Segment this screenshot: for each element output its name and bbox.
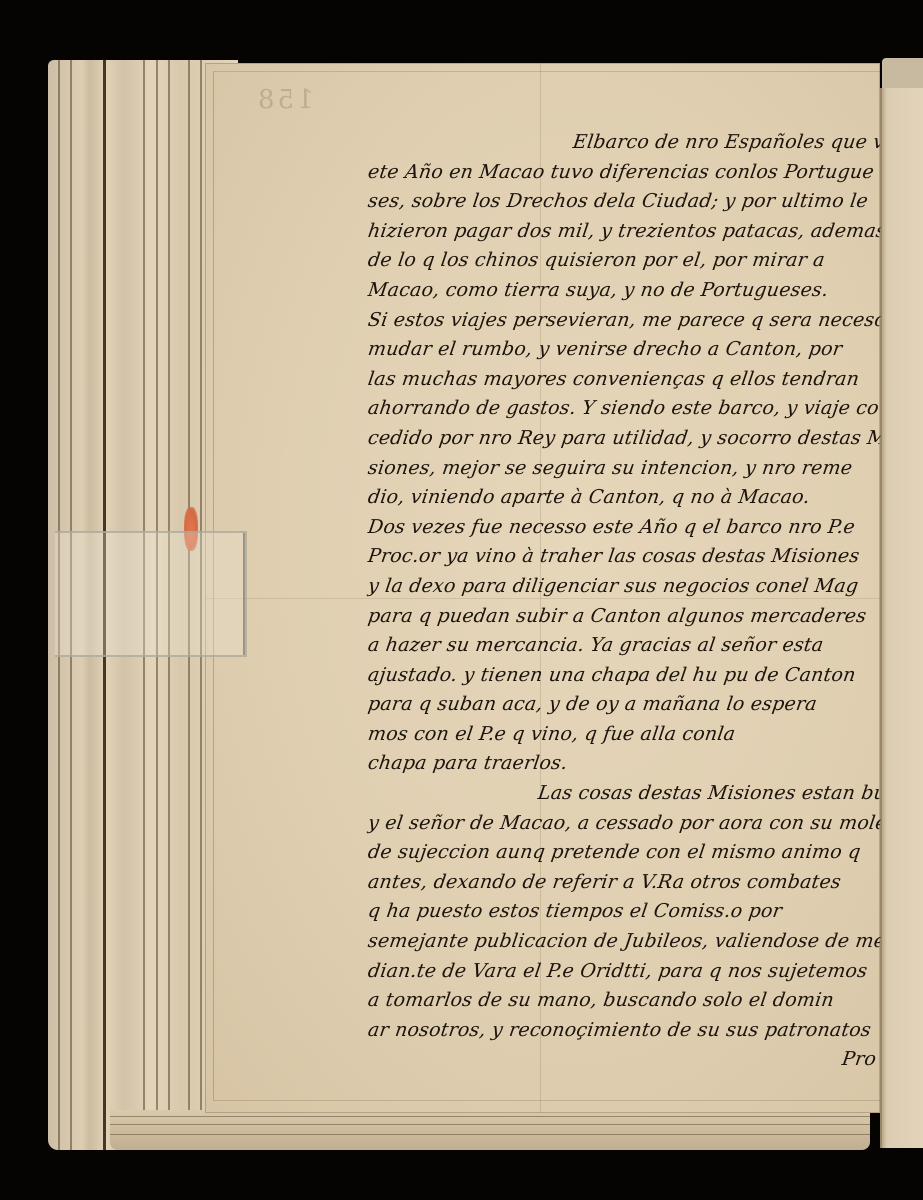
text-line: ses, sobre los Drechos dela Ciudad; y po…	[366, 187, 882, 217]
folio-number: 158	[255, 85, 314, 115]
leaf-edge	[110, 1124, 870, 1125]
facing-page	[880, 88, 923, 1148]
text-line: a tomarlos de su mano, buscando solo el …	[366, 986, 882, 1016]
text-line: ajustado. y tienen una chapa del hu pu d…	[366, 661, 882, 691]
text-line: q ha puesto estos tiempos el Comiss.o po…	[366, 897, 882, 927]
text-line: Las cosas destas Misiones estan buenas	[366, 779, 882, 809]
leaf-edge	[110, 1134, 870, 1135]
text-line: Macao, como tierra suya, y no de Portugu…	[366, 276, 882, 306]
text-line: dian.te de Vara el P.e Oridtti, para q n…	[366, 957, 882, 987]
text-line: siones, mejor se seguira su intencion, y…	[366, 454, 882, 484]
text-line: y el señor de Macao, a cessado por aora …	[366, 809, 882, 839]
text-line: antes, dexando de referir a V.Ra otros c…	[366, 868, 882, 898]
leaf-edge	[110, 1116, 870, 1117]
text-line: cedido por nro Rey para utilidad, y soco…	[366, 424, 882, 454]
text-line: semejante publicacion de Jubileos, valie…	[366, 927, 882, 957]
facing-page-tab	[882, 58, 923, 90]
text-line: Elbarco de nro Españoles que vino	[366, 128, 882, 158]
text-line: de sujeccion aunq pretende con el mismo …	[366, 838, 882, 868]
transparent-archival-clip	[55, 531, 247, 657]
text-line: para q puedan subir a Canton algunos mer…	[366, 602, 882, 632]
text-line: mos con el P.e q vino, q fue alla conla	[366, 720, 882, 750]
text-line: ar nosotros, y reconoçimiento de su sus …	[366, 1016, 882, 1046]
text-line: ete Año en Macao tuvo diferencias conlos…	[366, 158, 882, 188]
text-line: para q suban aca, y de oy a mañana lo es…	[366, 690, 882, 720]
catchword: Pro	[366, 1045, 882, 1075]
text-line: Dos vezes fue necesso este Año q el barc…	[366, 513, 882, 543]
text-line: mudar el rumbo, y venirse drecho a Canto…	[366, 335, 882, 365]
handwritten-text: Elbarco de nro Españoles que vino ete Añ…	[368, 128, 880, 1075]
text-line: a hazer su mercancia. Ya gracias al seño…	[366, 631, 882, 661]
text-line: y la dexo para diligenciar sus negocios …	[366, 572, 882, 602]
text-line: chapa para traerlos.	[366, 749, 882, 779]
text-line: las muchas mayores convenienças q ellos …	[366, 365, 882, 395]
text-line: Si estos viajes persevieran, me parece q…	[366, 306, 882, 336]
bottom-page-stack	[110, 1110, 870, 1150]
text-line: dio, viniendo aparte à Canton, q no à Ma…	[366, 483, 882, 513]
manuscript-photograph: 158 Elbarco de nro Españoles que vino et…	[0, 0, 923, 1200]
text-line: Proc.or ya vino à traher las cosas desta…	[366, 542, 882, 572]
text-line: ahorrando de gastos. Y siendo este barco…	[366, 394, 882, 424]
text-line: de lo q los chinos quisieron por el, por…	[366, 246, 882, 276]
text-line: hizieron pagar dos mil, y trezientos pat…	[366, 217, 882, 247]
